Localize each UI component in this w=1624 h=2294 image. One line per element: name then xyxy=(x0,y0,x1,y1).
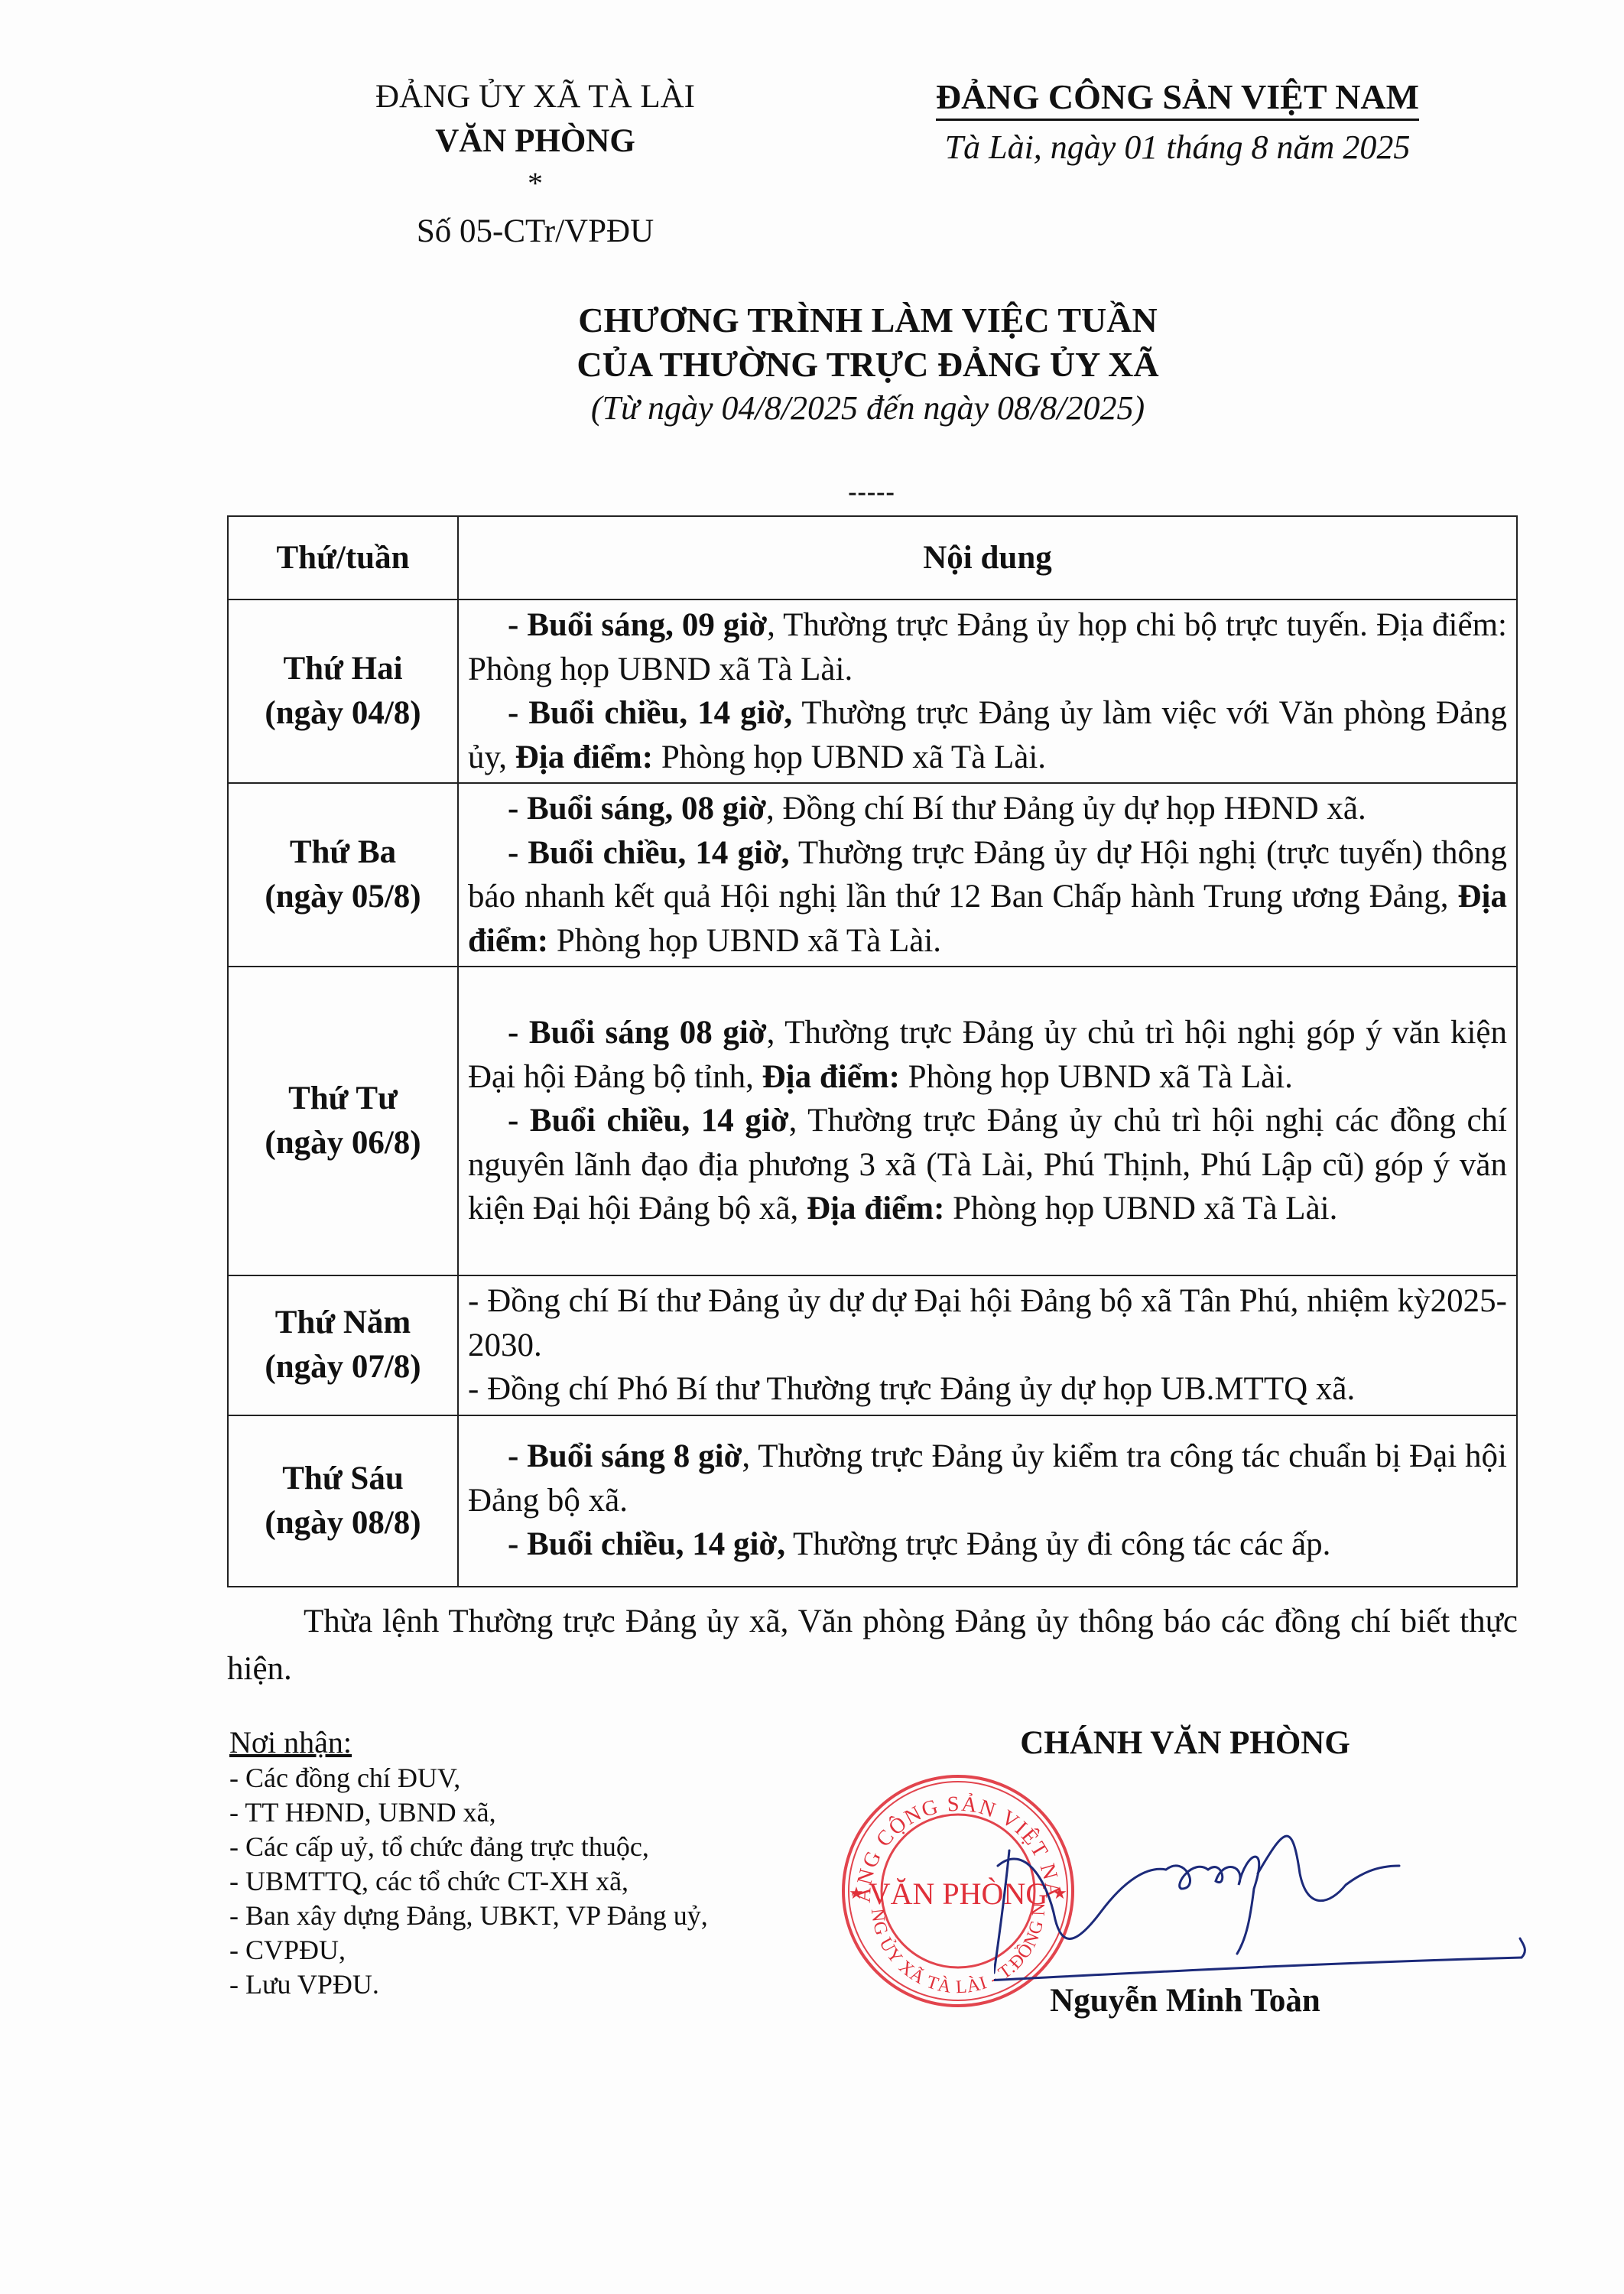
day-date: (ngày 05/8) xyxy=(229,875,456,919)
document-title-line2: CỦA THƯỜNG TRỰC ĐẢNG ỦY XÃ xyxy=(428,343,1307,387)
schedule-item-location-label: Địa điểm: xyxy=(515,739,653,775)
column-header-content: Nội dung xyxy=(458,516,1517,599)
table-header-row: Thứ/tuần Nội dung xyxy=(228,516,1517,599)
schedule-item-location-label: Địa điểm: xyxy=(807,1191,944,1227)
schedule-item-time: - Buổi chiều, 14 giờ, xyxy=(508,1526,785,1562)
schedule-row: Thứ Năm(ngày 07/8)- Đồng chí Bí thư Đảng… xyxy=(228,1275,1517,1415)
schedule-item-location: Phòng họp UBND xã Tà Lài. xyxy=(548,923,941,959)
schedule-content-cell: - Đồng chí Bí thư Đảng ủy dự dự Đại hội … xyxy=(458,1275,1517,1415)
national-header-block: ĐẢNG CÔNG SẢN VIỆT NAM Tà Lài, ngày 01 t… xyxy=(872,75,1483,170)
schedule-item: - Buổi sáng 8 giờ, Thường trực Đảng ủy k… xyxy=(468,1435,1507,1522)
title-separator: ----- xyxy=(795,478,948,507)
star-separator: * xyxy=(321,167,749,200)
day-date: (ngày 04/8) xyxy=(229,691,456,736)
document-title-line1: CHƯƠNG TRÌNH LÀM VIỆC TUẦN xyxy=(428,298,1307,343)
schedule-item: - Buổi chiều, 14 giờ, Thường trực Đảng ủ… xyxy=(468,831,1507,963)
schedule-day-cell: Thứ Hai(ngày 04/8) xyxy=(228,599,458,783)
schedule-item: - Đồng chí Bí thư Đảng ủy dự dự Đại hội … xyxy=(468,1279,1507,1367)
party-name: ĐẢNG CÔNG SẢN VIỆT NAM xyxy=(936,77,1419,121)
schedule-content-cell: - Buổi sáng, 09 giờ, Thường trực Đảng ủy… xyxy=(458,599,1517,783)
schedule-row: Thứ Tư(ngày 06/8)- Buổi sáng 08 giờ, Thư… xyxy=(228,967,1517,1275)
schedule-item-location: Phòng họp UBND xã Tà Lài. xyxy=(900,1059,1293,1095)
recipient-item: - Các cấp uỷ, tổ chức đảng trực thuộc, xyxy=(229,1830,708,1864)
schedule-item-text: - Đồng chí Bí thư Đảng ủy dự dự Đại hội … xyxy=(468,1283,1507,1363)
recipient-item: - Ban xây dựng Đảng, UBKT, VP Đảng uỷ, xyxy=(229,1899,708,1933)
schedule-item-text: Thường trực Đảng ủy đi công tác các ấp. xyxy=(785,1526,1330,1562)
stamp-star-icon: ★ xyxy=(849,1883,864,1902)
issuing-authority-block: ĐẢNG ỦY XÃ TÀ LÀI VĂN PHÒNG * Số 05-CTr/… xyxy=(321,75,749,254)
schedule-content-cell: - Buổi sáng 08 giờ, Thường trực Đảng ủy … xyxy=(458,967,1517,1275)
schedule-item-time: - Buổi chiều, 14 giờ xyxy=(508,1103,789,1139)
schedule-item-time: - Buổi sáng 08 giờ xyxy=(508,1015,767,1051)
day-date: (ngày 08/8) xyxy=(229,1501,456,1545)
schedule-item-time: - Buổi sáng 8 giờ xyxy=(508,1438,742,1474)
document-title-block: CHƯƠNG TRÌNH LÀM VIỆC TUẦN CỦA THƯỜNG TR… xyxy=(428,298,1307,430)
schedule-item-time: - Buổi sáng, 09 giờ xyxy=(508,607,767,643)
recipient-item: - TT HĐND, UBND xã, xyxy=(229,1795,708,1830)
recipient-item: - Lưu VPĐU. xyxy=(229,1967,708,2002)
day-name: Thứ Hai xyxy=(229,647,456,691)
office-name: VĂN PHÒNG xyxy=(321,119,749,164)
recipients-heading: Nơi nhận: xyxy=(229,1724,708,1761)
schedule-item: - Đồng chí Phó Bí thư Thường trực Đảng ủ… xyxy=(468,1367,1507,1412)
schedule-item-location: Phòng họp UBND xã Tà Lài. xyxy=(944,1191,1337,1227)
recipient-item: - CVPĐU, xyxy=(229,1933,708,1967)
schedule-content-cell: - Buổi sáng, 08 giờ, Đồng chí Bí thư Đản… xyxy=(458,783,1517,967)
weekly-schedule-table: Thứ/tuần Nội dung Thứ Hai(ngày 04/8)- Bu… xyxy=(227,515,1518,1587)
day-name: Thứ Năm xyxy=(229,1301,456,1345)
schedule-item-time: - Buổi chiều, 14 giờ, xyxy=(508,695,792,731)
handwritten-signature xyxy=(994,1797,1529,1996)
schedule-item: - Buổi sáng, 09 giờ, Thường trực Đảng ủy… xyxy=(468,603,1507,691)
recipient-item: - UBMTTQ, các tổ chức CT-XH xã, xyxy=(229,1864,708,1899)
schedule-day-cell: Thứ Sáu(ngày 08/8) xyxy=(228,1415,458,1587)
closing-statement: Thừa lệnh Thường trực Đảng ủy xã, Văn ph… xyxy=(227,1598,1518,1693)
schedule-item-time: - Buổi sáng, 08 giờ xyxy=(508,791,766,827)
schedule-item-text: - Đồng chí Phó Bí thư Thường trực Đảng ủ… xyxy=(468,1371,1355,1407)
day-name: Thứ Tư xyxy=(229,1077,456,1121)
schedule-item-location-label: Địa điểm: xyxy=(762,1059,900,1095)
schedule-item: - Buổi chiều, 14 giờ, Thường trực Đảng ủ… xyxy=(468,691,1507,779)
schedule-item-time: - Buổi chiều, 14 giờ, xyxy=(508,835,790,871)
day-name: Thứ Ba xyxy=(229,830,456,875)
recipients-block: Nơi nhận: - Các đồng chí ĐUV,- TT HĐND, … xyxy=(229,1724,708,2002)
schedule-item: - Buổi chiều, 14 giờ, Thường trực Đảng ủ… xyxy=(468,1099,1507,1231)
schedule-item: - Buổi sáng 08 giờ, Thường trực Đảng ủy … xyxy=(468,1011,1507,1099)
schedule-row: Thứ Hai(ngày 04/8)- Buổi sáng, 09 giờ, T… xyxy=(228,599,1517,783)
schedule-content-cell: - Buổi sáng 8 giờ, Thường trực Đảng ủy k… xyxy=(458,1415,1517,1587)
place-date: Tà Lài, ngày 01 tháng 8 năm 2025 xyxy=(872,125,1483,170)
document-number: Số 05-CTr/VPĐU xyxy=(321,210,749,254)
schedule-item-text: , Đồng chí Bí thư Đảng ủy dự họp HĐND xã… xyxy=(766,791,1366,827)
day-name: Thứ Sáu xyxy=(229,1457,456,1501)
schedule-day-cell: Thứ Năm(ngày 07/8) xyxy=(228,1275,458,1415)
schedule-item: - Buổi chiều, 14 giờ, Thường trực Đảng ủ… xyxy=(468,1522,1507,1567)
day-date: (ngày 06/8) xyxy=(229,1121,456,1165)
organization-name: ĐẢNG ỦY XÃ TÀ LÀI xyxy=(321,75,749,119)
schedule-row: Thứ Ba(ngày 05/8)- Buổi sáng, 08 giờ, Đồ… xyxy=(228,783,1517,967)
signature-block: CHÁNH VĂN PHÒNG Nguyễn Minh Toàn xyxy=(918,1720,1453,1766)
schedule-day-cell: Thứ Ba(ngày 05/8) xyxy=(228,783,458,967)
recipient-item: - Các đồng chí ĐUV, xyxy=(229,1761,708,1795)
schedule-day-cell: Thứ Tư(ngày 06/8) xyxy=(228,967,458,1275)
schedule-item: - Buổi sáng, 08 giờ, Đồng chí Bí thư Đản… xyxy=(468,787,1507,831)
schedule-item-location: Phòng họp UBND xã Tà Lài. xyxy=(653,739,1046,775)
recipients-list: - Các đồng chí ĐUV,- TT HĐND, UBND xã,- … xyxy=(229,1761,708,2002)
signer-role: CHÁNH VĂN PHÒNG xyxy=(918,1720,1453,1766)
schedule-row: Thứ Sáu(ngày 08/8)- Buổi sáng 8 giờ, Thư… xyxy=(228,1415,1517,1587)
document-period: (Từ ngày 04/8/2025 đến ngày 08/8/2025) xyxy=(428,387,1307,430)
column-header-day: Thứ/tuần xyxy=(228,516,458,599)
day-date: (ngày 07/8) xyxy=(229,1345,456,1389)
